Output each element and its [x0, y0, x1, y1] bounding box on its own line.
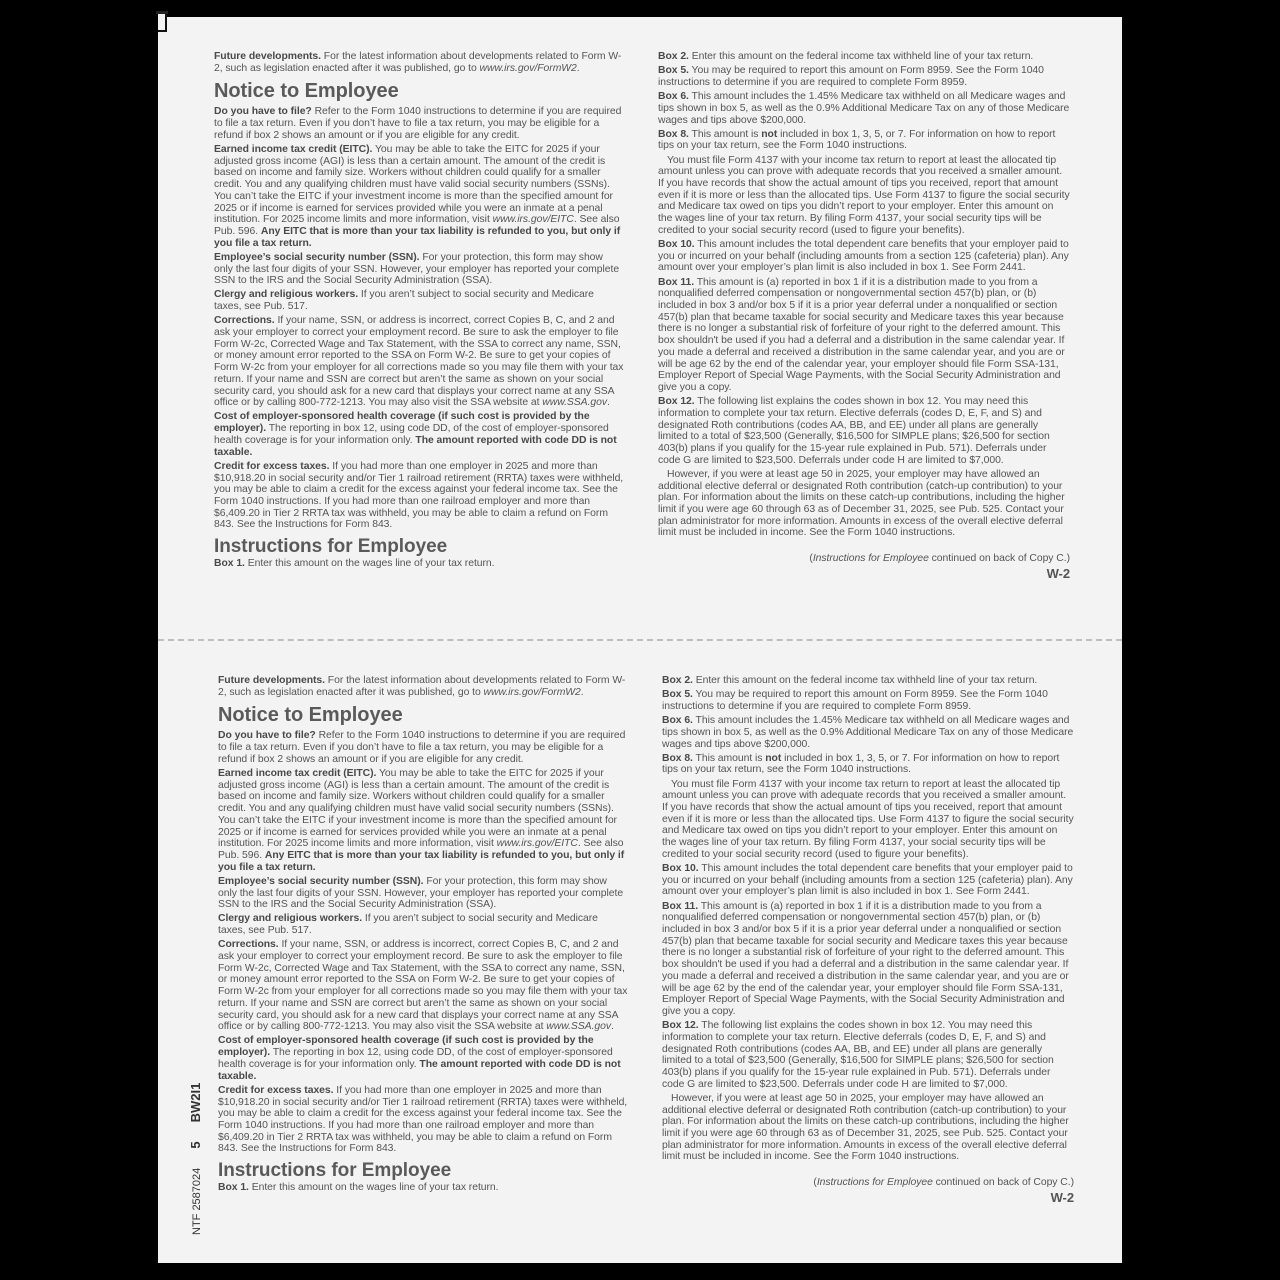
irs-formw2-link[interactable]: www.irs.gov/FormW2	[480, 63, 577, 74]
copy-top: Future developments. For the latest info…	[158, 17, 1122, 637]
catchup-paragraph: However, if you were at least age 50 in …	[662, 1093, 1074, 1163]
health-coverage-paragraph: Cost of employer-sponsored health covera…	[218, 1035, 628, 1082]
copy-bottom: Future developments. For the latest info…	[162, 641, 1126, 1261]
health-coverage-paragraph: Cost of employer-sponsored health covera…	[214, 411, 624, 458]
form-page: Future developments. For the latest info…	[158, 17, 1122, 1263]
irs-eitc-link[interactable]: www.irs.gov/EITC	[493, 214, 574, 225]
corrections-paragraph: Corrections. If your name, SSN, or addre…	[218, 939, 628, 1033]
box10-paragraph: Box 10. This amount includes the total d…	[662, 863, 1074, 898]
box1-paragraph: Box 1. Enter this amount on the wages li…	[218, 1182, 628, 1194]
right-column: Box 2. Enter this amount on the federal …	[658, 51, 1070, 580]
box12-paragraph: Box 12. The following list explains the …	[658, 396, 1070, 466]
copy-number: 5	[188, 1141, 203, 1148]
do-you-have-to-file: Do you have to file? Refer to the Form 1…	[214, 106, 624, 141]
notice-heading: Notice to Employee	[218, 704, 628, 726]
box11-paragraph: Box 11. This amount is (a) reported in b…	[662, 901, 1074, 1018]
continued-note: (Instructions for Employee continued on …	[658, 553, 1070, 565]
box5-paragraph: Box 5. You may be required to report thi…	[662, 689, 1074, 712]
corrections-paragraph: Corrections. If your name, SSN, or addre…	[214, 315, 624, 409]
ssa-gov-link[interactable]: www.SSA.gov	[542, 397, 607, 408]
box12-paragraph: Box 12. The following list explains the …	[662, 1020, 1074, 1090]
left-column: Future developments. For the latest info…	[218, 675, 628, 1196]
future-developments: Future developments. For the latest info…	[218, 675, 628, 698]
eitc-paragraph: Earned income tax credit (EITC). You may…	[214, 144, 624, 249]
clergy-paragraph: Clergy and religious workers. If you are…	[214, 289, 624, 312]
ntf-number: NTF 2587024	[191, 1168, 203, 1235]
form-id-label: W-2	[658, 568, 1070, 580]
form4137-paragraph: You must file Form 4137 with your income…	[662, 779, 1074, 861]
right-column: Box 2. Enter this amount on the federal …	[662, 675, 1074, 1204]
future-developments: Future developments. For the latest info…	[214, 51, 624, 74]
irs-formw2-link[interactable]: www.irs.gov/FormW2	[484, 687, 581, 698]
eitc-paragraph: Earned income tax credit (EITC). You may…	[218, 768, 628, 873]
ssn-paragraph: Employee’s social security number (SSN).…	[214, 252, 624, 287]
box8-paragraph: Box 8. This amount is not included in bo…	[658, 129, 1070, 152]
notice-heading: Notice to Employee	[214, 80, 624, 102]
box2-paragraph: Box 2. Enter this amount on the federal …	[662, 675, 1074, 687]
instructions-heading: Instructions for Employee	[214, 537, 624, 557]
excess-taxes-paragraph: Credit for excess taxes. If you had more…	[214, 461, 624, 531]
box11-paragraph: Box 11. This amount is (a) reported in b…	[658, 277, 1070, 394]
form4137-paragraph: You must file Form 4137 with your income…	[658, 155, 1070, 237]
catchup-paragraph: However, if you were at least age 50 in …	[658, 469, 1070, 539]
ssa-gov-link[interactable]: www.SSA.gov	[546, 1021, 611, 1032]
box6-paragraph: Box 6. This amount includes the 1.45% Me…	[662, 715, 1074, 750]
continued-note: (Instructions for Employee continued on …	[662, 1177, 1074, 1189]
form-id-label: W-2	[662, 1192, 1074, 1204]
form-code: BW2I1	[188, 1083, 203, 1123]
box5-paragraph: Box 5. You may be required to report thi…	[658, 65, 1070, 88]
box10-paragraph: Box 10. This amount includes the total d…	[658, 239, 1070, 274]
box6-paragraph: Box 6. This amount includes the 1.45% Me…	[658, 91, 1070, 126]
box8-paragraph: Box 8. This amount is not included in bo…	[662, 753, 1074, 776]
instructions-heading: Instructions for Employee	[218, 1161, 628, 1181]
ssn-paragraph: Employee’s social security number (SSN).…	[218, 876, 628, 911]
clergy-paragraph: Clergy and religious workers. If you are…	[218, 913, 628, 936]
side-print-code: NTF 2587024 5 BW2I1	[188, 1067, 203, 1235]
registration-mark	[158, 14, 167, 32]
irs-eitc-link[interactable]: www.irs.gov/EITC	[497, 838, 578, 849]
do-you-have-to-file: Do you have to file? Refer to the Form 1…	[218, 730, 628, 765]
excess-taxes-paragraph: Credit for excess taxes. If you had more…	[218, 1085, 628, 1155]
left-column: Future developments. For the latest info…	[214, 51, 624, 572]
box2-paragraph: Box 2. Enter this amount on the federal …	[658, 51, 1070, 63]
box1-paragraph: Box 1. Enter this amount on the wages li…	[214, 558, 624, 570]
